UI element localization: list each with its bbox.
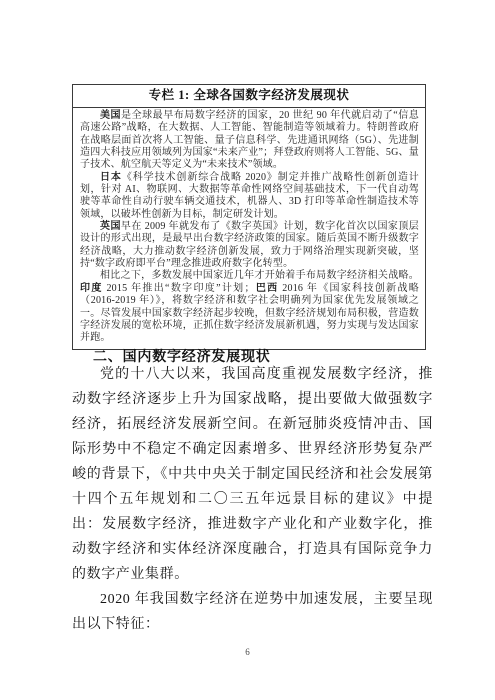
column-box: 专栏 1: 全球各国数字经济发展现状 美国是全球最早布局数字经济的国家，20 世… <box>72 84 426 350</box>
box-paragraph-developing: 相比之下，多数发展中国家近几年才开始着手布局数字经济相关战略。印度 2015 年… <box>80 270 419 344</box>
box-paragraph-usa-text: 是全球最早布局数字经济的国家，20 世纪 90 年代就启动了“信息高速公路”战略… <box>80 110 419 170</box>
country-lead-uk: 英国 <box>100 221 121 232</box>
country-lead-usa: 美国 <box>100 110 121 121</box>
box-title: 专栏 1: 全球各国数字经济发展现状 <box>73 85 425 108</box>
box-paragraph-usa: 美国是全球最早布局数字经济的国家，20 世纪 90 年代就启动了“信息高速公路”… <box>80 110 419 172</box>
page-number: 6 <box>0 647 495 657</box>
body-paragraph-1: 党的十八大以来，我国高度重视发展数字经济，推动数字经济逐步上升为国家战略，提出要… <box>72 362 433 587</box>
box-paragraph-japan-text: 《科学技术创新综合战略 2020》制定并推广战略性创新创造计划，针对 AI、物联… <box>80 172 419 220</box>
box-paragraph-uk: 英国早在 2009 年就发布了《数字英国》计划，数字化首次以国家顶层设计的形式出… <box>80 221 419 270</box>
document-page: 专栏 1: 全球各国数字经济发展现状 美国是全球最早布局数字经济的国家，20 世… <box>0 0 495 700</box>
country-lead-india: 印度 <box>80 283 103 294</box>
box-paragraph-developing-text2: 2015 年推出“数字印度”计划； <box>103 283 255 294</box>
box-body: 美国是全球最早布局数字经济的国家，20 世纪 90 年代就启动了“信息高速公路”… <box>73 108 425 349</box>
box-paragraph-uk-text: 早在 2009 年就发布了《数字英国》计划，数字化首次以国家顶层设计的形式出现，… <box>80 221 419 269</box>
country-lead-brazil: 巴西 <box>255 283 279 294</box>
body-paragraph-2: 2020 年我国数字经济在逆势中加速发展，主要呈现出以下特征： <box>72 587 433 637</box>
country-lead-japan: 日本 <box>100 172 122 183</box>
main-text: 党的十八大以来，我国高度重视发展数字经济，推动数字经济逐步上升为国家战略，提出要… <box>72 362 433 637</box>
box-paragraph-developing-text1: 相比之下，多数发展中国家近几年才开始着手布局数字经济相关战略。 <box>100 270 419 281</box>
box-paragraph-japan: 日本《科学技术创新综合战略 2020》制定并推广战略性创新创造计划，针对 AI、… <box>80 172 419 221</box>
